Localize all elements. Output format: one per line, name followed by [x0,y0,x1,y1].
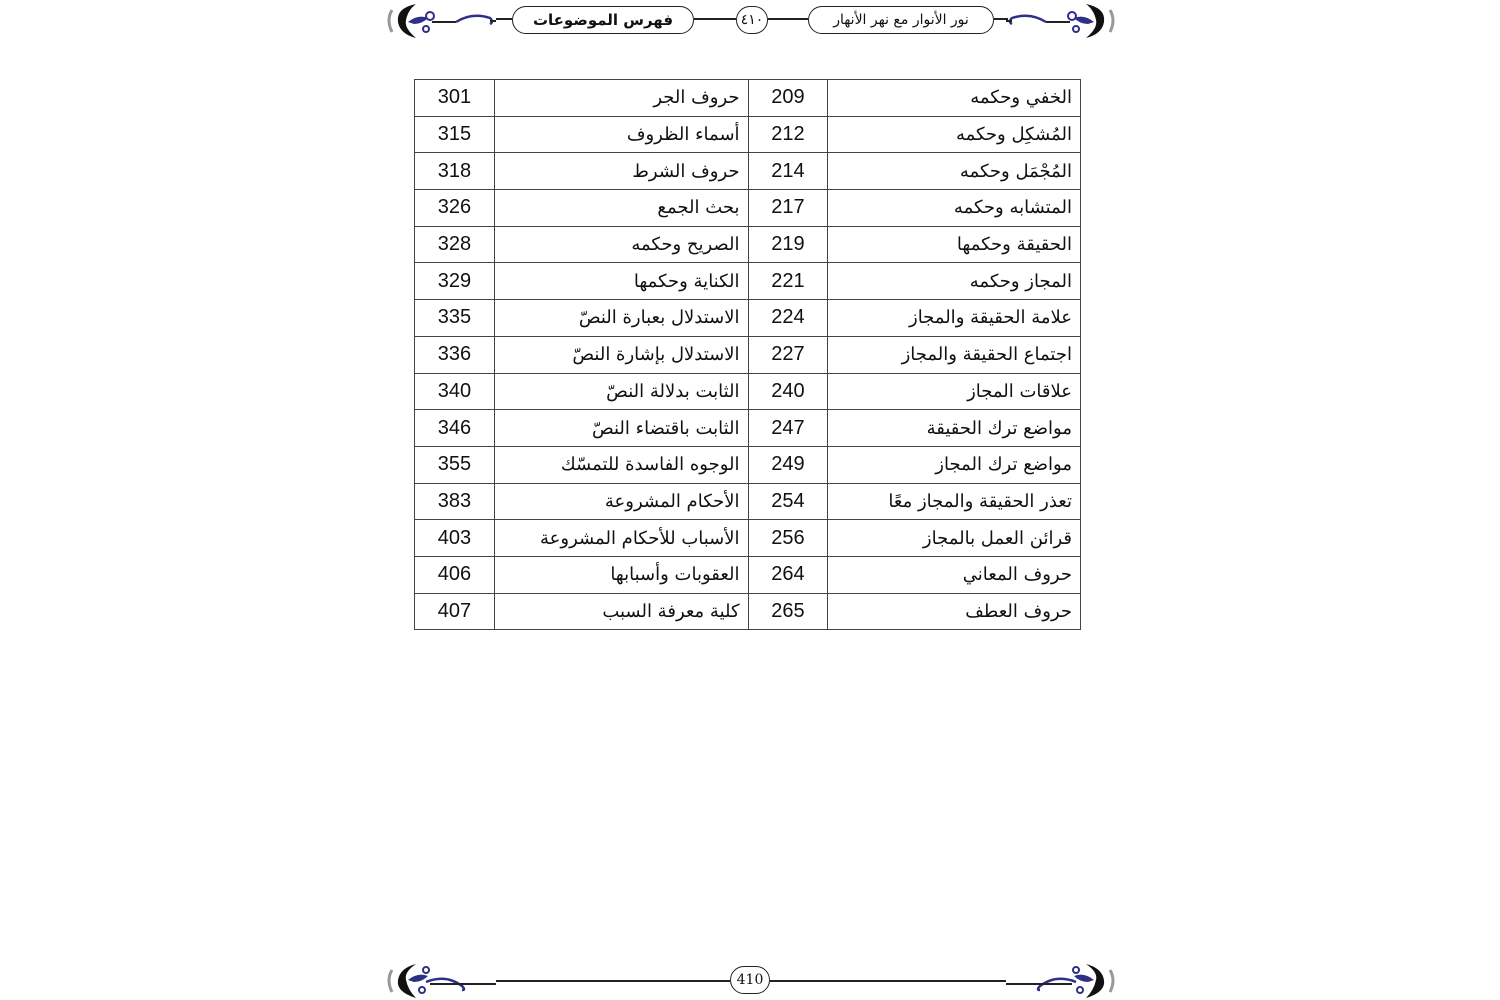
toc-row: مواضع ترك المجاز249الوجوه الفاسدة للتمسّ… [415,446,1081,483]
toc-page-number: 383 [415,483,495,520]
toc-row: اجتماع الحقيقة والمجاز227الاستدلال بإشار… [415,336,1081,373]
toc-topic: الاستدلال بإشارة النصّ [494,336,748,373]
toc-topic: مواضع ترك الحقيقة [828,410,1081,447]
toc-page-number: 217 [748,190,828,227]
toc-page-number: 301 [415,80,495,117]
toc-row: حروف العطف265كلية معرفة السبب407 [415,593,1081,630]
toc-row: حروف المعاني264العقوبات وأسبابها406 [415,556,1081,593]
toc-row: الخفي وحكمه209حروف الجر301 [415,80,1081,117]
toc-topic: أسماء الظروف [494,116,748,153]
toc-topic: المُجْمَل وحكمه [828,153,1081,190]
toc-row: علاقات المجاز240الثابت بدلالة النصّ340 [415,373,1081,410]
toc-topic: الخفي وحكمه [828,80,1081,117]
toc-page-number: 247 [748,410,828,447]
toc-page-number: 346 [415,410,495,447]
right-ornament-icon [1006,2,1116,38]
toc-row: مواضع ترك الحقيقة247الثابت باقتضاء النصّ… [415,410,1081,447]
toc-page-number: 329 [415,263,495,300]
toc-page-number: 318 [415,153,495,190]
book-title: نور الأنوار مع نهر الأنهار [808,6,994,34]
toc-page-number: 335 [415,300,495,337]
toc-topic: المجاز وحكمه [828,263,1081,300]
toc-topic: الوجوه الفاسدة للتمسّك [494,446,748,483]
toc-topic: بحث الجمع [494,190,748,227]
toc-page-number: 403 [415,520,495,557]
page-number-arabic: ٤١٠ [736,6,768,34]
footer-left-ornament-icon [386,962,496,998]
toc-topic: تعذر الحقيقة والمجاز معًا [828,483,1081,520]
toc-topic: علاقات المجاز [828,373,1081,410]
toc-row: المتشابه وحكمه217بحث الجمع326 [415,190,1081,227]
toc-page-number: 219 [748,226,828,263]
toc-page-number: 227 [748,336,828,373]
toc-row: المُشكِل وحكمه212أسماء الظروف315 [415,116,1081,153]
toc-page-number: 336 [415,336,495,373]
toc-page-number: 214 [748,153,828,190]
toc-row: المجاز وحكمه221الكناية وحكمها329 [415,263,1081,300]
footer-right-ornament-icon [1006,962,1116,998]
toc-row: علامة الحقيقة والمجاز224الاستدلال بعبارة… [415,300,1081,337]
toc-page-number: 221 [748,263,828,300]
toc-topic: الأسباب للأحكام المشروعة [494,520,748,557]
toc-page-number: 340 [415,373,495,410]
toc-page-number: 328 [415,226,495,263]
toc-topic: الثابت بدلالة النصّ [494,373,748,410]
toc-topic: حروف الشرط [494,153,748,190]
toc-row: قرائن العمل بالمجاز256الأسباب للأحكام ال… [415,520,1081,557]
toc-topic: قرائن العمل بالمجاز [828,520,1081,557]
toc-topic: حروف المعاني [828,556,1081,593]
toc-topic: مواضع ترك المجاز [828,446,1081,483]
toc-topic: الكناية وحكمها [494,263,748,300]
toc-row: المُجْمَل وحكمه214حروف الشرط318 [415,153,1081,190]
toc-page-number: 256 [748,520,828,557]
toc-page-number: 264 [748,556,828,593]
toc-page-number: 326 [415,190,495,227]
left-ornament-icon [386,2,496,38]
page-header: فهرس الموضوعات ٤١٠ نور الأنوار مع نهر ال… [386,0,1116,40]
toc-topic: علامة الحقيقة والمجاز [828,300,1081,337]
section-title: فهرس الموضوعات [512,6,694,34]
toc-page-number: 406 [415,556,495,593]
toc-topic: الأحكام المشروعة [494,483,748,520]
toc-page-number: 315 [415,116,495,153]
toc-row: تعذر الحقيقة والمجاز معًا254الأحكام المش… [415,483,1081,520]
toc-topic: الحقيقة وحكمها [828,226,1081,263]
toc-page-number: 355 [415,446,495,483]
toc-table: الخفي وحكمه209حروف الجر301المُشكِل وحكمه… [414,79,1081,630]
toc-topic: المتشابه وحكمه [828,190,1081,227]
toc-topic: الصريح وحكمه [494,226,748,263]
toc-topic: الثابت باقتضاء النصّ [494,410,748,447]
toc-page-number: 212 [748,116,828,153]
toc-topic: العقوبات وأسبابها [494,556,748,593]
toc-page-number: 209 [748,80,828,117]
toc-page-number: 254 [748,483,828,520]
toc-topic: المُشكِل وحكمه [828,116,1081,153]
toc-topic: اجتماع الحقيقة والمجاز [828,336,1081,373]
toc-page-number: 249 [748,446,828,483]
toc-topic: حروف الجر [494,80,748,117]
toc-page-number: 407 [415,593,495,630]
page-footer: 410 [386,960,1116,1000]
toc-page-number: 265 [748,593,828,630]
toc-topic: حروف العطف [828,593,1081,630]
toc-page-number: 224 [748,300,828,337]
toc-topic: الاستدلال بعبارة النصّ [494,300,748,337]
toc-row: الحقيقة وحكمها219الصريح وحكمه328 [415,226,1081,263]
toc-topic: كلية معرفة السبب [494,593,748,630]
toc-page-number: 240 [748,373,828,410]
page-number: 410 [730,966,770,994]
